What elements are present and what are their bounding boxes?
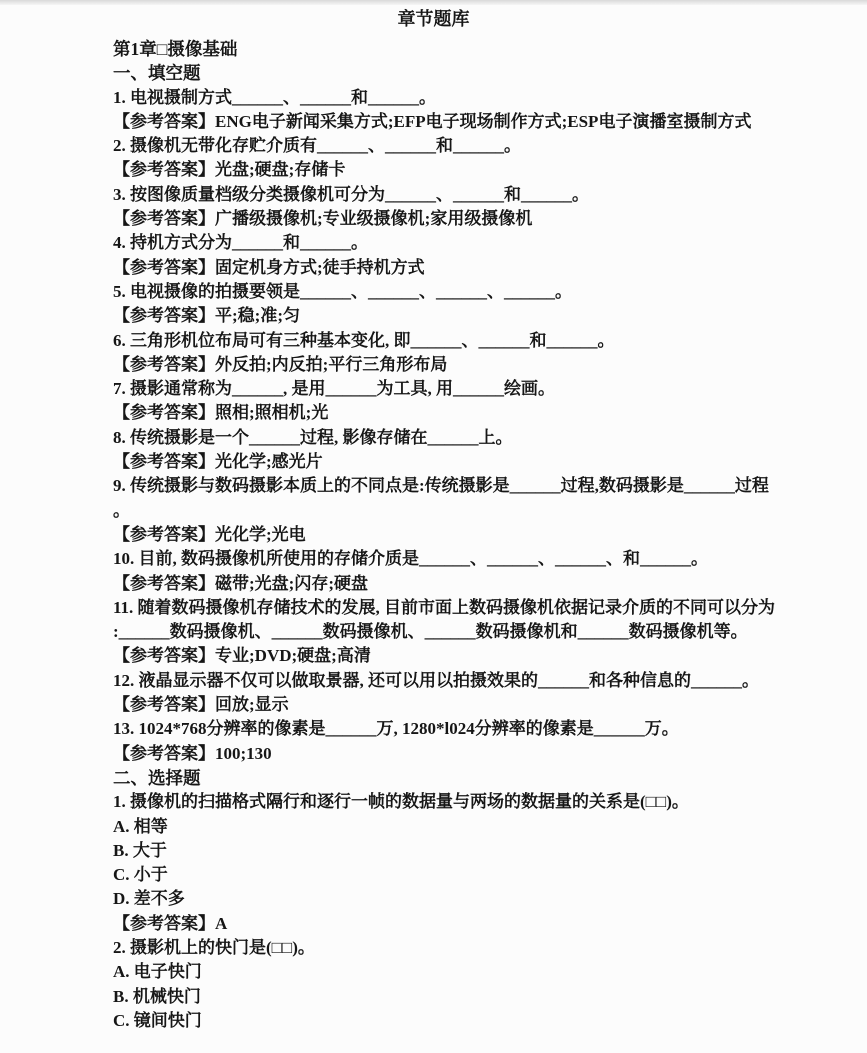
section-heading: 一、填空题	[113, 61, 827, 85]
answer-line: 【参考答案】磁带;光盘;闪存;硬盘	[113, 572, 827, 596]
option-line: A. 相等	[113, 815, 827, 839]
option-line: A. 电子快门	[113, 960, 827, 984]
document-body: 第1章□摄像基础一、填空题1. 电视摄制方式______、______和____…	[0, 37, 867, 1033]
question-line: 13. 1024*768分辨率的像素是______万, 1280*l024分辨率…	[113, 717, 827, 741]
answer-line: 【参考答案】广播级摄像机;专业级摄像机;家用级摄像机	[113, 207, 827, 231]
answer-line: 【参考答案】光化学;光电	[113, 523, 827, 547]
answer-line: 【参考答案】ENG电子新闻采集方式;EFP电子现场制作方式;ESP电子演播室摄制…	[113, 110, 827, 134]
page: { "page": { "title": "章节题库", "background…	[0, 0, 867, 1053]
question-line: 11. 随着数码摄像机存储技术的发展, 目前市面上数码摄像机依据记录介质的不同可…	[113, 596, 827, 620]
document-lines: 第1章□摄像基础一、填空题1. 电视摄制方式______、______和____…	[113, 37, 827, 1033]
scan-edge-artifact	[0, 0, 867, 5]
option-line: D. 差不多	[113, 887, 827, 911]
answer-line: 【参考答案】专业;DVD;硬盘;高清	[113, 644, 827, 668]
question-line: 6. 三角形机位布局可有三种基本变化, 即______、______和_____…	[113, 329, 827, 353]
option-line: B. 机械快门	[113, 985, 827, 1009]
question-line: 1. 摄像机的扫描格式隔行和逐行一帧的数据量与两场的数据量的关系是(□□)。	[113, 790, 827, 814]
question-line: 2. 摄影机上的快门是(□□)。	[113, 936, 827, 960]
question-line: 2. 摄像机无带化存贮介质有______、______和______。	[113, 134, 827, 158]
question-line: 4. 持机方式分为______和______。	[113, 231, 827, 255]
answer-line: 【参考答案】光盘;硬盘;存储卡	[113, 158, 827, 182]
chapter-heading: 第1章□摄像基础	[113, 37, 827, 61]
option-line: C. 镜间快门	[113, 1009, 827, 1033]
question-line: 7. 摄影通常称为______, 是用______为工具, 用______绘画。	[113, 377, 827, 401]
question-line: 8. 传统摄影是一个______过程, 影像存储在______上。	[113, 426, 827, 450]
answer-line: 【参考答案】A	[113, 912, 827, 936]
answer-line: 【参考答案】外反拍;内反拍;平行三角形布局	[113, 353, 827, 377]
question-line: 10. 目前, 数码摄像机所使用的存储介质是______、______、____…	[113, 547, 827, 571]
question-line: 1. 电视摄制方式______、______和______。	[113, 86, 827, 110]
section-heading: 二、选择题	[113, 766, 827, 790]
answer-line: 【参考答案】平;稳;准;匀	[113, 304, 827, 328]
answer-line: 【参考答案】光化学;感光片	[113, 450, 827, 474]
answer-line: 【参考答案】照相;照相机;光	[113, 401, 827, 425]
answer-line: 【参考答案】固定机身方式;徒手持机方式	[113, 256, 827, 280]
page-title: 章节题库	[0, 6, 867, 32]
question-continuation-line: :______数码摄像机、______数码摄像机、______数码摄像机和___…	[113, 620, 827, 644]
question-line: 3. 按图像质量档级分类摄像机可分为______、______和______。	[113, 183, 827, 207]
answer-line: 【参考答案】回放;显示	[113, 693, 827, 717]
question-line: 9. 传统摄影与数码摄影本质上的不同点是:传统摄影是______过程,数码摄影是…	[113, 474, 827, 498]
question-line: 12. 液晶显示器不仅可以做取景器, 还可以用以拍摄效果的______和各种信息…	[113, 669, 827, 693]
question-line: 5. 电视摄像的拍摄要领是______、______、______、______…	[113, 280, 827, 304]
option-line: C. 小于	[113, 863, 827, 887]
question-continuation-line: 。	[113, 499, 827, 523]
answer-line: 【参考答案】100;130	[113, 742, 827, 766]
option-line: B. 大于	[113, 839, 827, 863]
